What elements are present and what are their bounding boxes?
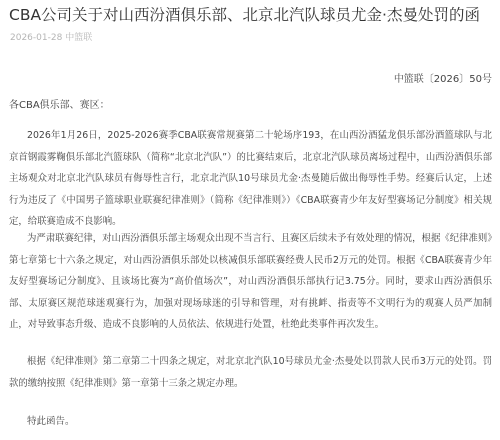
body-paragraph: 2026年1月26日，2025-2026赛季CBA联赛常规赛第二十轮场序193，… (9, 125, 492, 233)
body-paragraph: 为严肃联赛纪律，对山西汾酒俱乐部主场观众出现不当言行、且赛区后续未予有效处理的情… (9, 228, 492, 336)
salutation: 各CBA俱乐部、赛区： (9, 96, 110, 111)
article-title: CBA公司关于对山西汾酒俱乐部、北京北汽队球员尤金·杰曼处罚的函 (9, 3, 480, 25)
document-number: 中篮联〔2026〕50号 (394, 70, 492, 85)
body-paragraph: 根据《纪律准则》第二章第二十四条之规定，对北京北汽队10号球员尤金·杰曼处以罚款… (9, 351, 492, 394)
article-source: 中篮联 (65, 33, 92, 43)
closing-line: 特此函告。 (27, 413, 75, 427)
article-meta: 2026-01-28 中篮联 (10, 30, 92, 43)
publish-date: 2026-01-28 (10, 33, 62, 43)
